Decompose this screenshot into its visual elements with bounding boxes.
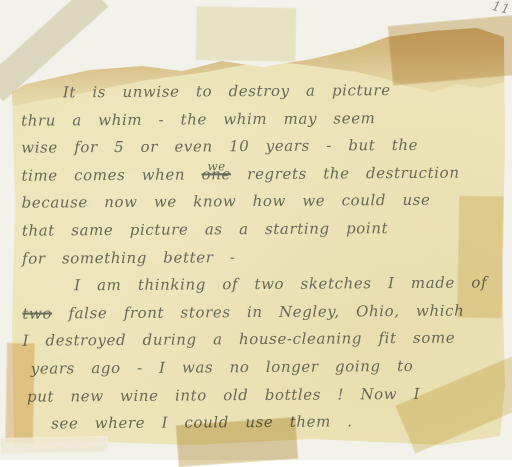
handwriting-line: because now we know how we could use: [22, 187, 496, 218]
handwriting-line: two false front stores in Negley, Ohio, …: [22, 297, 496, 328]
tape-bottom-left: [5, 343, 35, 443]
handwriting-line: thru a whim - the whim may seem: [21, 104, 495, 135]
page-number: 11: [491, 0, 512, 18]
tape-top-right: [388, 14, 512, 86]
handwriting-line: that same picture as a starting point: [22, 214, 496, 245]
handwriting-line: I destroyed during a house-cleaning fit …: [22, 325, 496, 356]
tape-top-center: [196, 6, 297, 62]
handwriting-text: I am thinking of two sketches I made of: [74, 274, 487, 295]
handwriting-line: time comes when weone regrets the destru…: [21, 159, 495, 190]
handwriting-text: regrets the destruction: [231, 163, 460, 183]
handwriting-text: time comes when: [21, 165, 201, 184]
handwriting-line: years ago - I was no longer going to: [23, 352, 497, 383]
handwriting-text: I destroyed during a house-cleaning fit …: [23, 329, 456, 350]
handwriting-line: I am thinking of two sketches I made of: [22, 270, 496, 301]
tape-bottom-center: [176, 417, 299, 460]
handwriting-text: for something better -: [22, 248, 236, 267]
inserted-word-above: we: [207, 153, 225, 181]
handwriting-text: false front stores in Negley, Ohio, whic…: [52, 301, 464, 322]
handwriting-text: because now we know how we could use: [22, 191, 431, 212]
handwriting-text: thru a whim - the whim may seem: [21, 109, 376, 129]
handwriting-line: for something better -: [22, 242, 496, 273]
scrapbook-page: Jan. 24 - 1936 It is unwise to destroy a…: [0, 0, 512, 460]
crossed-out-word: two: [22, 304, 52, 322]
handwriting-text: years ago - I was no longer going to: [31, 357, 414, 378]
note-paper: Jan. 24 - 1936 It is unwise to destroy a…: [12, 26, 505, 446]
handwriting-text: put new wine into old bottles ! Now I: [27, 384, 420, 405]
correction-wrap: weone: [201, 165, 230, 183]
tape-bottom-strip: [0, 436, 108, 454]
handwriting-text: that same picture as a starting point: [22, 219, 388, 240]
tape-right-middle: [457, 196, 504, 319]
handwriting-lines: It is unwise to destroy a picturethru a …: [21, 76, 497, 438]
handwriting-text: It is unwise to destroy a picture: [63, 81, 391, 101]
handwriting-line: wise for 5 or even 10 years - but the: [21, 132, 495, 163]
